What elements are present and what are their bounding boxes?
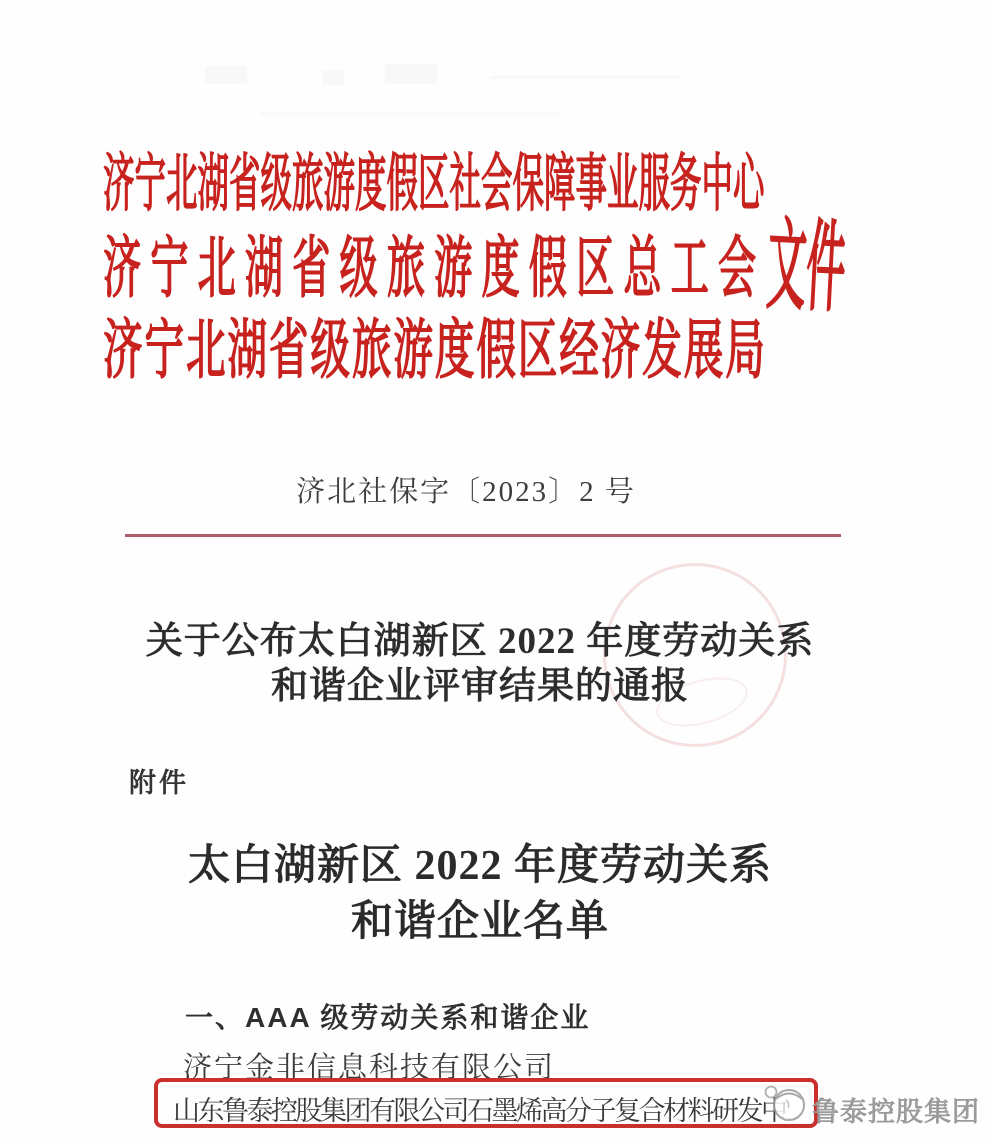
scan-artifact xyxy=(385,64,437,84)
attachment-title-line-2: 和谐企业名单 xyxy=(0,901,960,943)
red-divider-line xyxy=(125,534,841,537)
attachment-label: 附件 xyxy=(129,761,189,800)
document-title-line-1: 关于公布太白湖新区 2022 年度劳动关系 xyxy=(0,623,960,660)
attachment-title-line-1: 太白湖新区 2022 年度劳动关系 xyxy=(0,845,960,887)
scan-artifact xyxy=(205,66,247,84)
scan-artifact xyxy=(490,76,680,79)
section-heading-aaa-enterprises: 一、AAA 级劳动关系和谐企业 xyxy=(185,996,590,1036)
company-list-item-highlighted: 山东鲁泰控股集团有限公司石墨烯高分子复合材料研发中 xyxy=(173,1089,786,1128)
letterhead-doc-mark: 文件 xyxy=(765,216,848,320)
watermark-company-name: 鲁泰控股集团 xyxy=(812,1090,980,1129)
lutai-globe-swoosh-logo-icon xyxy=(762,1083,810,1125)
letterhead-org-line-3: 济宁北湖省级旅游度假区经济发展局 xyxy=(103,319,767,384)
scanned-document-page: 济宁北湖省级旅游度假区社会保障事业服务中心 济宁北湖省级旅游度假区总工会 济宁北… xyxy=(0,0,989,1146)
letterhead-org-line-1: 济宁北湖省级旅游度假区社会保障事业服务中心 xyxy=(103,153,765,216)
scan-artifact xyxy=(322,70,344,85)
document-title-line-2: 和谐企业评审结果的通报 xyxy=(0,668,960,705)
scan-artifact xyxy=(260,112,560,116)
document-number: 济北社保字〔2023〕2 号 xyxy=(0,477,932,509)
letterhead-org-line-2: 济宁北湖省级旅游度假区总工会 xyxy=(103,236,765,303)
